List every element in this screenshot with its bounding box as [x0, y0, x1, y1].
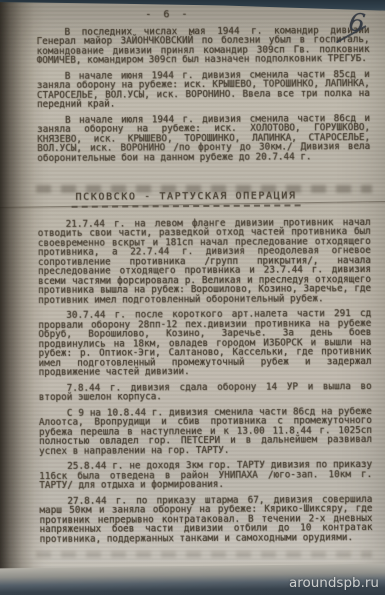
watermark: aroundspb.ru — [289, 575, 379, 591]
typed-text-column: - 6 - В последних числах мая 1944 г. ком… — [36, 9, 372, 544]
paragraph: В последних числах мая 1944 г. командир … — [36, 25, 369, 65]
paragraph: 27.8.44 г. по приказу штарма 67, дивизия… — [39, 494, 372, 544]
typed-page-number: - 6 - — [1, 9, 334, 21]
paragraph: С 9 на 10.8.44 г. дивизия сменила части … — [39, 406, 372, 456]
paragraph: 30.7.44 г. после короткого арт.налета ча… — [38, 309, 371, 378]
paragraph: 21.7.44 г. на левом фланге дивизии проти… — [38, 217, 372, 305]
paragraph: В начале июня 1944 г. дивизия сменила ча… — [37, 69, 370, 109]
section-heading: ПСКОВСКО - ТАРТУСКАЯ ОПЕРАЦИЯ — [19, 191, 352, 208]
paragraph: 25.8.44 г. не доходя 3км гор. ТАРТУ диви… — [39, 460, 372, 491]
document-photo: - 6 - В последних числах мая 1944 г. ком… — [0, 0, 385, 595]
paragraph: 7.8.44 г. дивизия сдала оборону 14 УР и … — [39, 381, 372, 402]
section-heading-text: ПСКОВСКО - ТАРТУСКАЯ ОПЕРАЦИЯ — [71, 191, 300, 207]
ink-smudge-row-bottom — [36, 551, 372, 558]
paragraph: В начале июля 1944 г. дивизия сменила ча… — [37, 113, 370, 163]
